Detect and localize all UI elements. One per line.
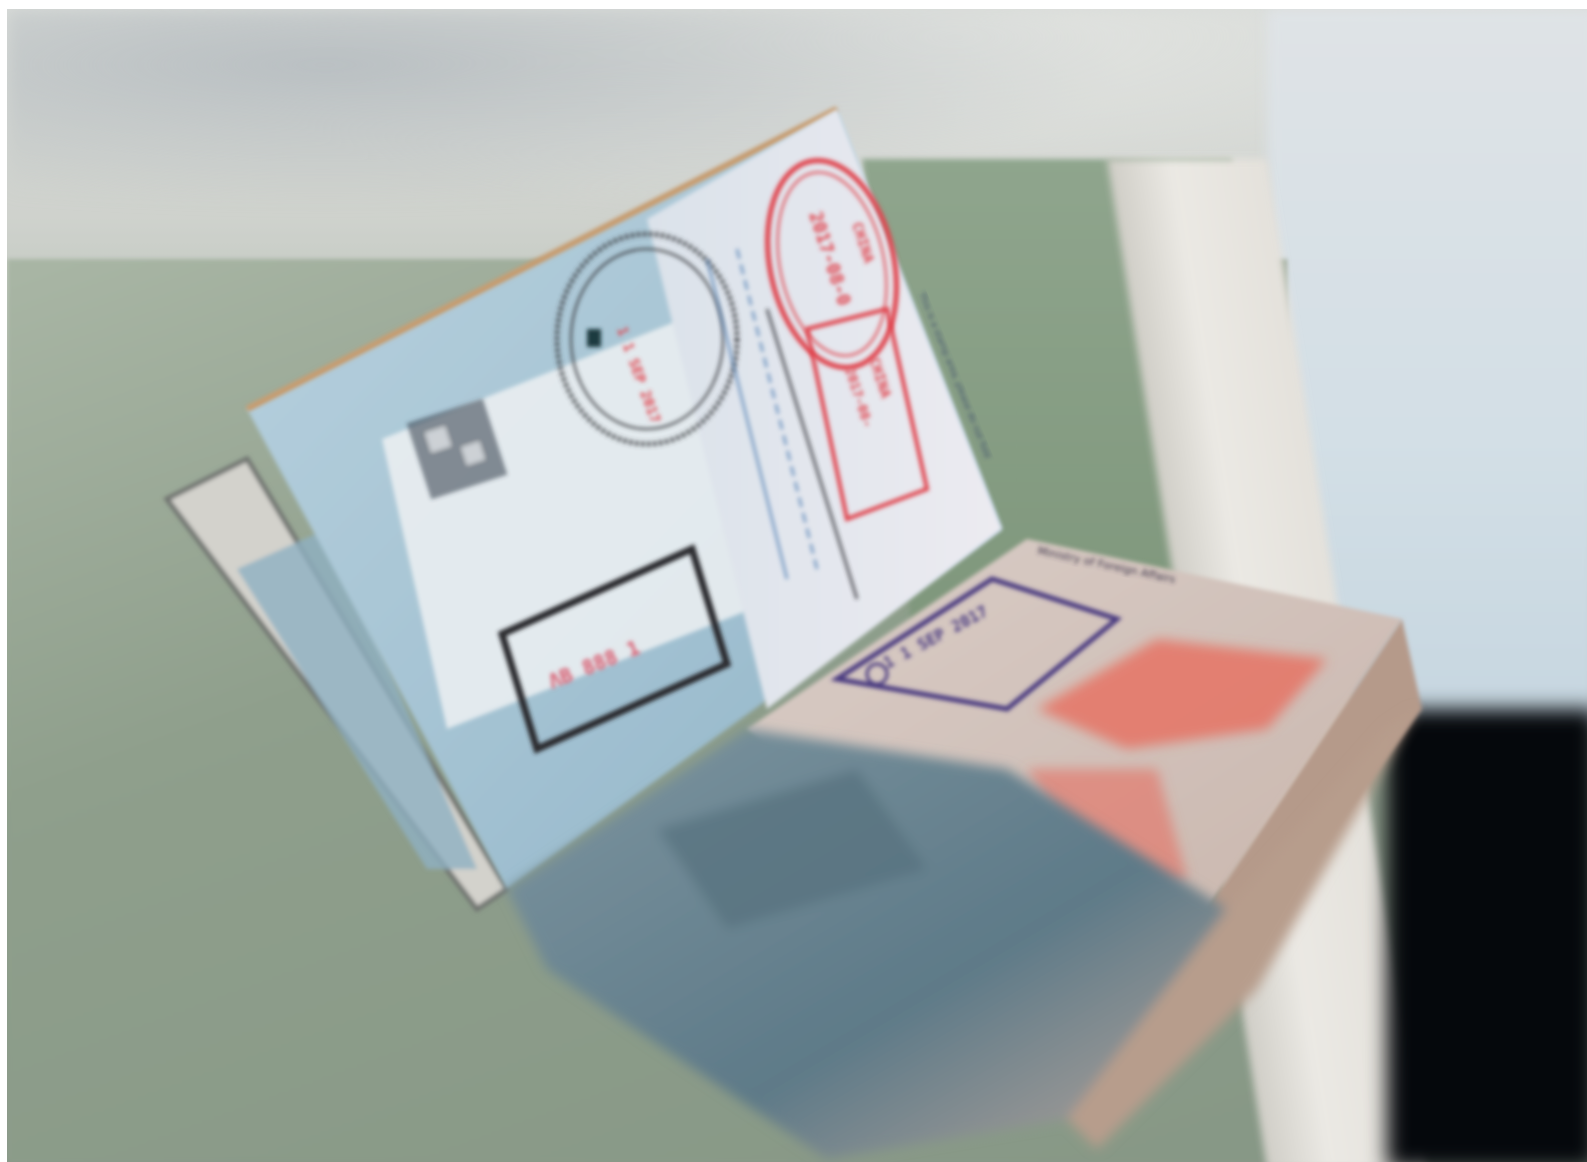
passport-illustration: 1 1 SEP 2017 2017-08-0 CHINA CHINA 2017-… — [7, 9, 1587, 1162]
passport-photo: 1 1 SEP 2017 2017-08-0 CHINA CHINA 2017-… — [7, 9, 1587, 1162]
